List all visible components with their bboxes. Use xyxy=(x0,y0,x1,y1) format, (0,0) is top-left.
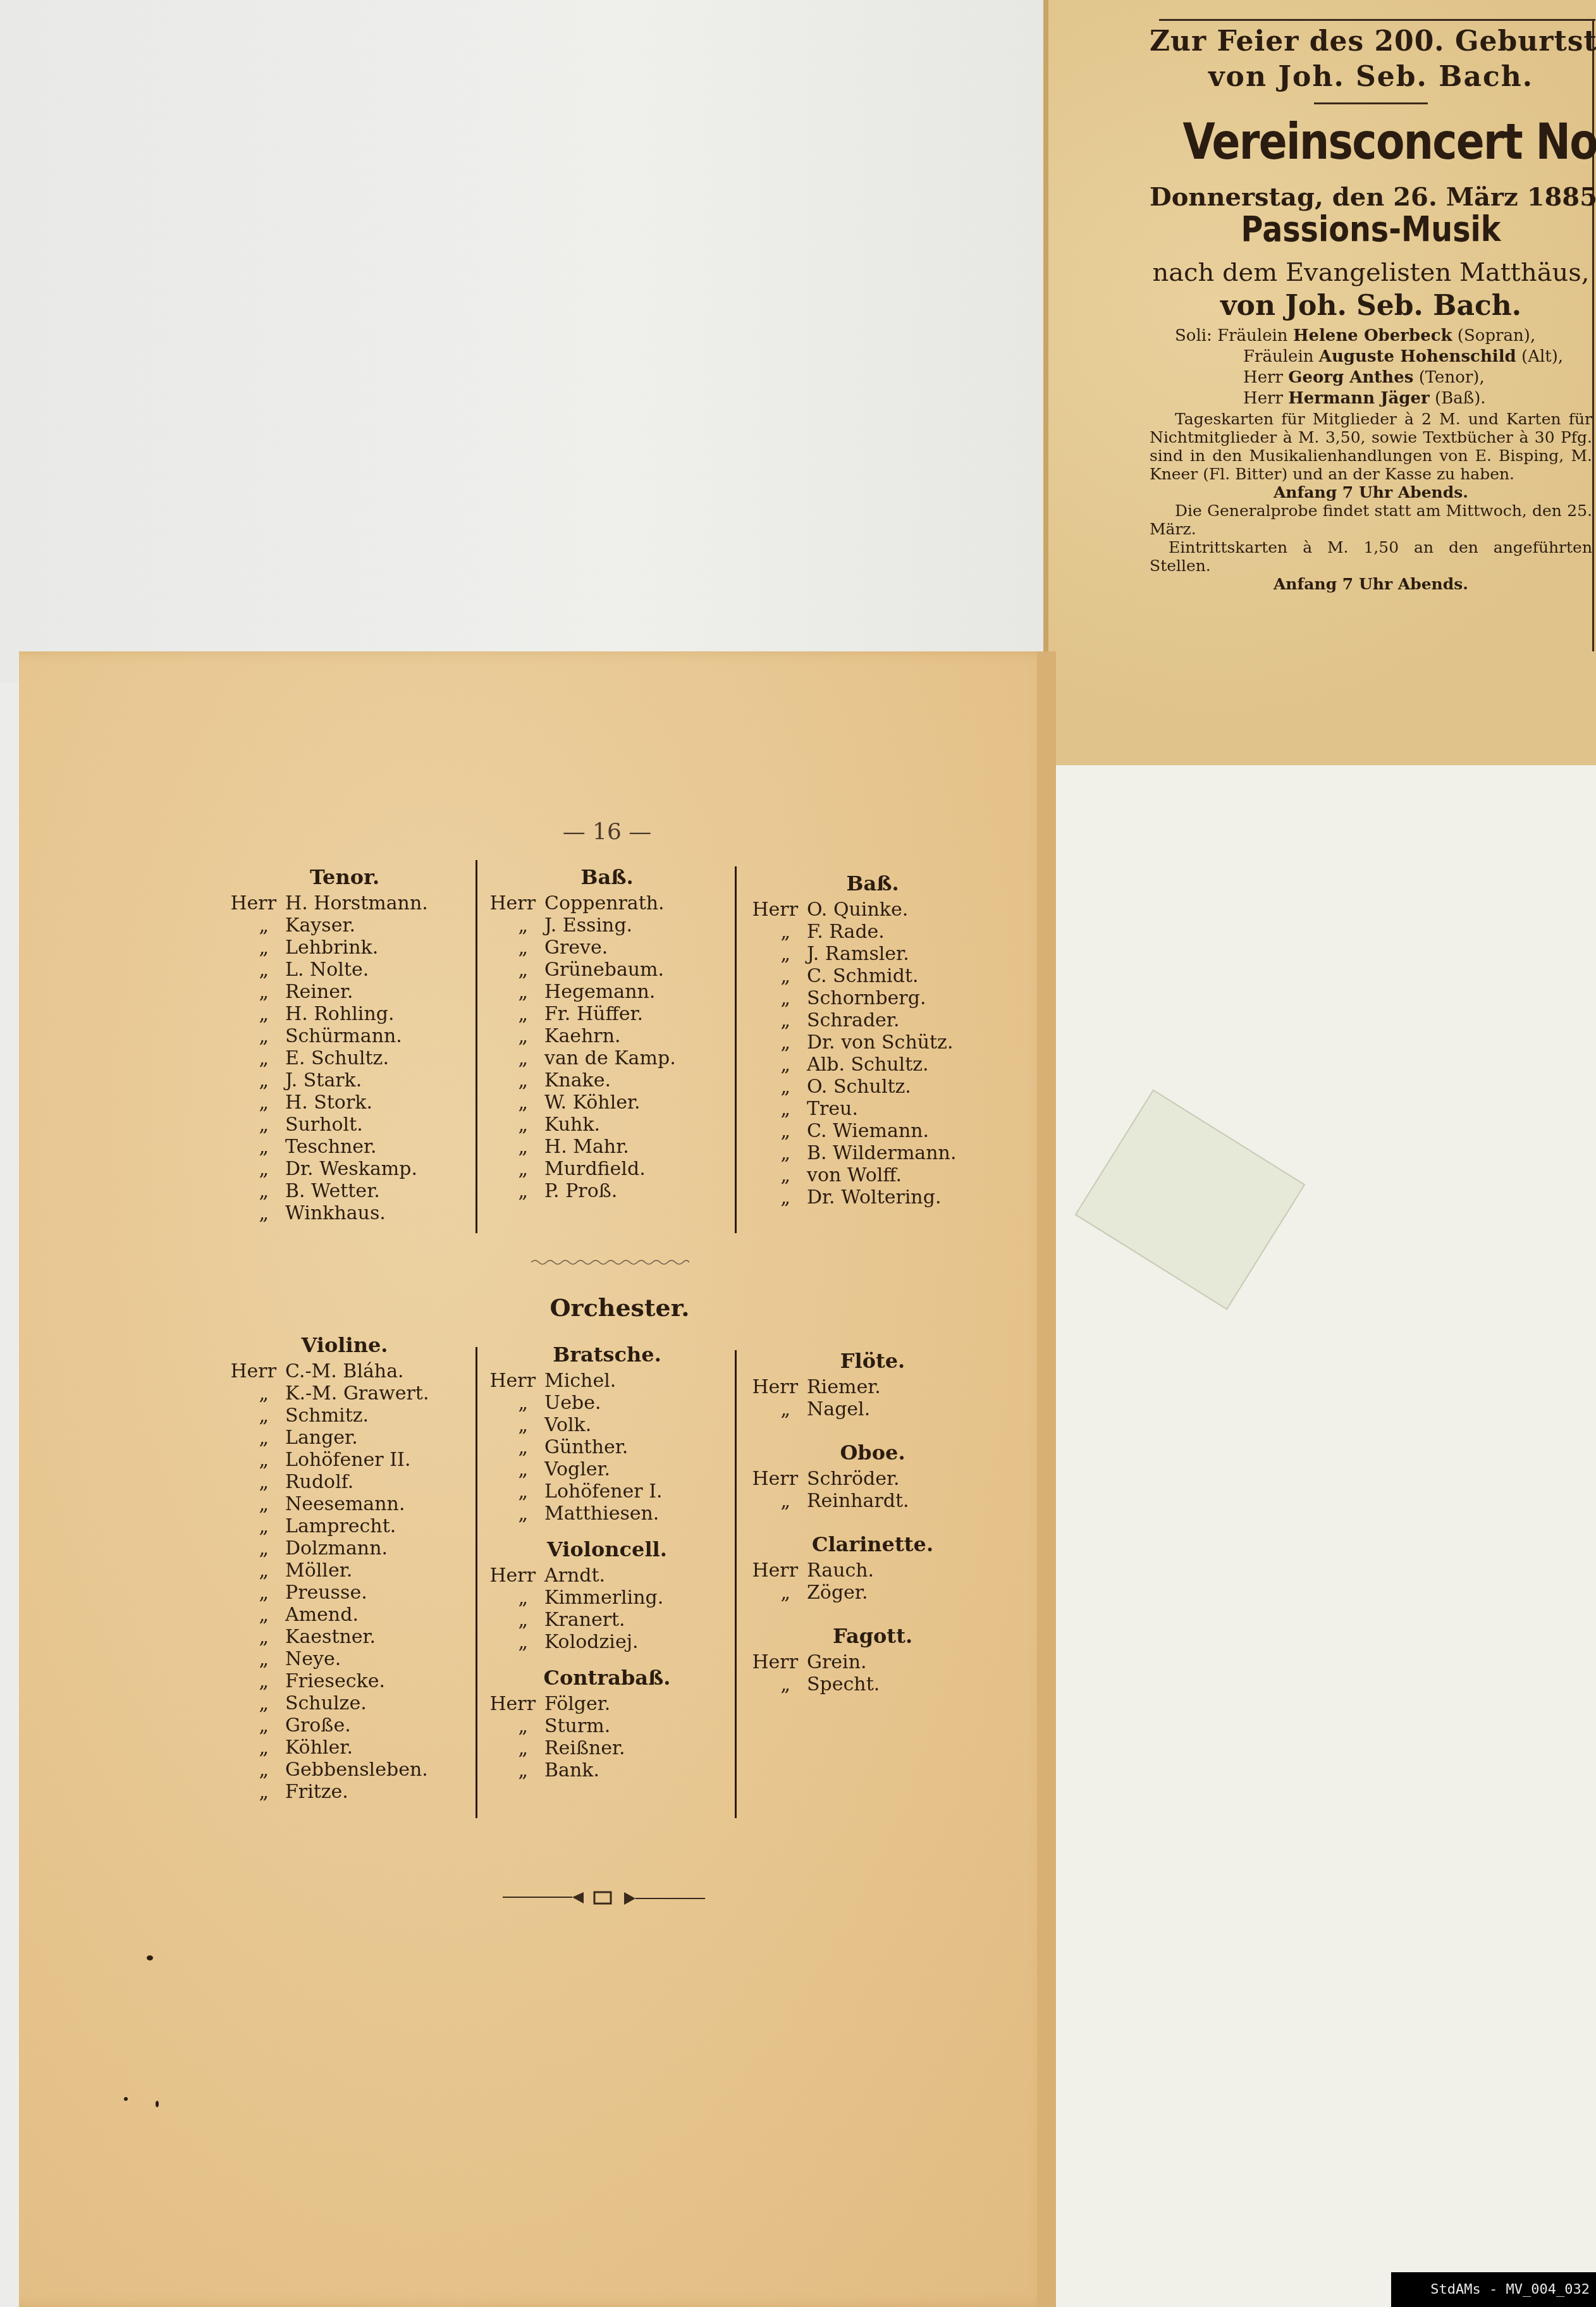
soloist-row: Fräulein Auguste Hohenschild (Alt), xyxy=(1175,347,1586,367)
soloist-voice: (Sopran), xyxy=(1458,326,1535,345)
member-entry: „J. Essing. xyxy=(484,914,730,937)
member-entry: „Neye. xyxy=(224,1648,465,1670)
member-name: Kaestner. xyxy=(285,1626,376,1648)
member-name: Michel. xyxy=(544,1370,616,1392)
member-entry: „Schornberg. xyxy=(746,987,999,1009)
ditto-mark: „ xyxy=(484,1136,536,1158)
member-name: Schulze. xyxy=(285,1692,367,1714)
ditto-mark: „ xyxy=(224,1759,276,1781)
ditto-mark: „ xyxy=(224,1515,276,1537)
member-name: Arndt. xyxy=(544,1565,605,1587)
orchestra-column-strings: Bratsche.HerrMichel.„Uebe.„Volk.„Günther… xyxy=(484,1344,730,1781)
member-name: Kayser. xyxy=(285,914,355,937)
member-name: B. Wildermann. xyxy=(807,1142,956,1164)
member-entry: „Treu. xyxy=(746,1098,999,1120)
divider-rule xyxy=(1314,102,1428,104)
ditto-mark: „ xyxy=(224,1493,276,1515)
member-entry: „Günther. xyxy=(484,1436,730,1458)
member-entry: HerrSchröder. xyxy=(746,1468,999,1490)
member-name: Reinhardt. xyxy=(807,1490,909,1512)
ditto-mark: „ xyxy=(746,965,798,987)
member-name: B. Wetter. xyxy=(285,1180,380,1202)
column-divider xyxy=(476,860,477,1233)
member-entry: „Schmitz. xyxy=(224,1405,465,1427)
ditto-mark: „ xyxy=(746,1398,798,1420)
member-entry: „C. Schmidt. xyxy=(746,965,999,987)
column-divider xyxy=(476,1347,477,1818)
section-heading: Fagott. xyxy=(746,1625,999,1647)
member-name: Treu. xyxy=(807,1098,858,1120)
member-entry: HerrMichel. xyxy=(484,1370,730,1392)
ditto-mark: „ xyxy=(224,1781,276,1803)
member-entry: „Sturm. xyxy=(484,1715,730,1737)
section-heading: Baß. xyxy=(484,866,730,889)
soloist-voice: (Tenor), xyxy=(1419,368,1485,387)
member-entry: „Lohöfener I. xyxy=(484,1480,730,1503)
ink-speck xyxy=(147,1955,153,1960)
herr-prefix: Herr xyxy=(746,1376,798,1398)
section-heading: Violoncell. xyxy=(484,1539,730,1561)
member-entry: „H. Rohling. xyxy=(224,1003,465,1025)
ditto-mark: „ xyxy=(224,1136,276,1158)
member-name: Reiner. xyxy=(285,981,353,1003)
member-entry: „Rudolf. xyxy=(224,1471,465,1493)
page-number: — 16 — xyxy=(525,819,689,845)
member-entry: „J. Stark. xyxy=(224,1069,465,1092)
ditto-mark: „ xyxy=(224,1560,276,1582)
section-heading: Oboe. xyxy=(746,1442,999,1464)
member-name: Langer. xyxy=(285,1427,358,1449)
ink-speck xyxy=(124,2097,128,2101)
member-entry: „Fr. Hüffer. xyxy=(484,1003,730,1025)
ink-speck xyxy=(156,2101,159,2107)
member-entry: HerrH. Horstmann. xyxy=(224,892,465,914)
work-subtitle: nach dem Evangelisten Matthäus, xyxy=(1150,258,1592,287)
member-entry: „H. Stork. xyxy=(224,1092,465,1114)
soloist-voice: (Alt), xyxy=(1521,347,1563,366)
ditto-mark: „ xyxy=(484,1609,536,1631)
choir-column-tenor: Tenor.HerrH. Horstmann.„Kayser.„Lehbrink… xyxy=(224,866,465,1224)
entry-ticket-text: Eintrittskarten à M. 1,50 an den angefüh… xyxy=(1150,538,1592,575)
ditto-mark: „ xyxy=(484,1414,536,1436)
member-entry: „Greve. xyxy=(484,937,730,959)
ditto-mark: „ xyxy=(224,914,276,937)
member-entry: HerrFölger. xyxy=(484,1693,730,1715)
member-entry: „Volk. xyxy=(484,1414,730,1436)
member-entry: HerrC.-M. Bláha. xyxy=(224,1360,465,1382)
column-divider xyxy=(735,866,737,1233)
soloist-name: Hermann Jäger xyxy=(1288,389,1430,408)
herr-prefix: Herr xyxy=(746,1560,798,1582)
ditto-mark: „ xyxy=(224,1626,276,1648)
member-name: Möller. xyxy=(285,1560,352,1582)
work-composer: von Joh. Seb. Bach. xyxy=(1150,290,1592,322)
member-name: Günther. xyxy=(544,1436,628,1458)
member-name: Vogler. xyxy=(544,1458,610,1480)
member-entry: „Kayser. xyxy=(224,914,465,937)
member-name: W. Köhler. xyxy=(544,1092,641,1114)
member-name: Große. xyxy=(285,1714,351,1737)
member-entry: „Friesecke. xyxy=(224,1670,465,1692)
member-name: E. Schultz. xyxy=(285,1047,389,1069)
ditto-mark: „ xyxy=(224,1114,276,1136)
member-entry: „O. Schultz. xyxy=(746,1076,999,1098)
ditto-mark: „ xyxy=(484,914,536,937)
ditto-mark: „ xyxy=(224,1069,276,1092)
member-entry: HerrGrein. xyxy=(746,1651,999,1673)
choir-column-bass-2: Baß.HerrO. Quinke.„F. Rade.„J. Ramsler.„… xyxy=(746,873,999,1209)
member-name: C. Schmidt. xyxy=(807,965,918,987)
ditto-mark: „ xyxy=(484,1114,536,1136)
ditto-mark: „ xyxy=(746,987,798,1009)
member-name: Bank. xyxy=(544,1759,599,1781)
member-entry: „Vogler. xyxy=(484,1458,730,1480)
member-entry: „Reiner. xyxy=(224,981,465,1003)
soloist-row: Soli: Fräulein Helene Oberbeck (Sopran), xyxy=(1175,326,1586,347)
member-name: Coppenrath. xyxy=(544,892,665,914)
ditto-mark: „ xyxy=(224,1405,276,1427)
member-name: Dr. Weskamp. xyxy=(285,1158,417,1180)
member-entry: „Knake. xyxy=(484,1069,730,1092)
member-entry: „Kranert. xyxy=(484,1609,730,1631)
member-name: Reißner. xyxy=(544,1737,625,1759)
archive-label: StdAMs - MV_004_032 xyxy=(1391,2272,1596,2307)
member-entry: „Kaehrn. xyxy=(484,1025,730,1047)
ditto-mark: „ xyxy=(224,1670,276,1692)
herr-prefix: Herr xyxy=(224,892,276,914)
member-name: Dr. von Schütz. xyxy=(807,1031,953,1054)
member-entry: „Lohöfener II. xyxy=(224,1449,465,1471)
member-entry: „Reißner. xyxy=(484,1737,730,1759)
member-name: Nagel. xyxy=(807,1398,870,1420)
member-name: J. Essing. xyxy=(544,914,632,937)
member-entry: „Dr. von Schütz. xyxy=(746,1031,999,1054)
ditto-mark: „ xyxy=(484,1180,536,1202)
ditto-mark: „ xyxy=(746,1098,798,1120)
ditto-mark: „ xyxy=(484,981,536,1003)
ditto-mark: „ xyxy=(746,921,798,943)
soloist-row: Herr Georg Anthes (Tenor), xyxy=(1175,367,1586,388)
member-entry: „L. Nolte. xyxy=(224,959,465,981)
member-name: Greve. xyxy=(544,937,608,959)
member-entry: „B. Wetter. xyxy=(224,1180,465,1202)
newspaper-clipping: Zur Feier des 200. Geburtstages von Joh.… xyxy=(1043,0,1596,765)
member-entry: „Alb. Schultz. xyxy=(746,1054,999,1076)
member-name: Riemer. xyxy=(807,1376,881,1398)
member-entry: HerrRauch. xyxy=(746,1560,999,1582)
start-time: Anfang 7 Uhr Abends. xyxy=(1150,483,1592,501)
member-name: Rauch. xyxy=(807,1560,874,1582)
member-name: Volk. xyxy=(544,1414,591,1436)
member-entry: „Grünebaum. xyxy=(484,959,730,981)
member-name: Schrader. xyxy=(807,1009,899,1031)
ditto-mark: „ xyxy=(224,1025,276,1047)
ditto-mark: „ xyxy=(484,1587,536,1609)
member-name: van de Kamp. xyxy=(544,1047,676,1069)
member-name: Dolzmann. xyxy=(285,1537,388,1560)
ditto-mark: „ xyxy=(224,981,276,1003)
member-name: Schornberg. xyxy=(807,987,926,1009)
member-entry: „Winkhaus. xyxy=(224,1202,465,1224)
member-entry: HerrO. Quinke. xyxy=(746,899,999,921)
soloist-name: Auguste Hohenschild xyxy=(1319,347,1516,366)
member-name: Kuhk. xyxy=(544,1114,600,1136)
member-name: J. Ramsler. xyxy=(807,943,909,965)
member-entry: „C. Wiemann. xyxy=(746,1120,999,1142)
member-entry: HerrCoppenrath. xyxy=(484,892,730,914)
member-name: Preusse. xyxy=(285,1582,367,1604)
member-name: Fr. Hüffer. xyxy=(544,1003,643,1025)
member-entry: „Murdfield. xyxy=(484,1158,730,1180)
member-entry: „F. Rade. xyxy=(746,921,999,943)
herr-prefix: Herr xyxy=(484,1565,536,1587)
member-entry: „Nagel. xyxy=(746,1398,999,1420)
member-entry: „Langer. xyxy=(224,1427,465,1449)
member-entry: „van de Kamp. xyxy=(484,1047,730,1069)
ditto-mark: „ xyxy=(746,1186,798,1209)
member-name: H. Rohling. xyxy=(285,1003,394,1025)
section-heading: Contrabaß. xyxy=(484,1667,730,1689)
ditto-mark: „ xyxy=(484,937,536,959)
ditto-mark: „ xyxy=(746,1009,798,1031)
member-entry: „Uebe. xyxy=(484,1392,730,1414)
soloist-name: Helene Oberbeck xyxy=(1293,326,1452,345)
member-entry: „Große. xyxy=(224,1714,465,1737)
member-entry: „Kuhk. xyxy=(484,1114,730,1136)
member-entry: „Dolzmann. xyxy=(224,1537,465,1560)
ditto-mark: „ xyxy=(746,1582,798,1604)
section-heading: Bratsche. xyxy=(484,1344,730,1366)
soloist-title: Herr xyxy=(1243,389,1283,408)
ditto-mark: „ xyxy=(484,1458,536,1480)
ditto-mark: „ xyxy=(224,1382,276,1405)
member-name: Kolodziej. xyxy=(544,1631,639,1653)
booklet-edge xyxy=(1037,651,1056,2307)
backing-sheet xyxy=(0,0,1043,683)
herr-prefix: Herr xyxy=(484,1370,536,1392)
member-name: Matthiesen. xyxy=(544,1503,659,1525)
start-time-repeat: Anfang 7 Uhr Abends. xyxy=(1150,575,1592,593)
ditto-mark: „ xyxy=(484,1025,536,1047)
member-name: H. Horstmann. xyxy=(285,892,428,914)
soloist-row: Herr Hermann Jäger (Baß). xyxy=(1175,388,1586,409)
ditto-mark: „ xyxy=(746,1076,798,1098)
ticket-text: Tageskarten für Mitglieder à 2 M. und Ka… xyxy=(1150,410,1592,483)
member-name: H. Mahr. xyxy=(544,1136,629,1158)
concert-date: Donnerstag, den 26. März 1885, xyxy=(1150,182,1592,212)
member-name: Neye. xyxy=(285,1648,341,1670)
ditto-mark: „ xyxy=(484,1737,536,1759)
member-entry: „Kolodziej. xyxy=(484,1631,730,1653)
ditto-mark: „ xyxy=(746,1142,798,1164)
column-divider xyxy=(735,1350,737,1818)
member-name: K.-M. Grawert. xyxy=(285,1382,429,1405)
ditto-mark: „ xyxy=(484,959,536,981)
member-name: C.-M. Bláha. xyxy=(285,1360,404,1382)
member-entry: „Specht. xyxy=(746,1673,999,1695)
ditto-mark: „ xyxy=(224,1180,276,1202)
ditto-mark: „ xyxy=(224,937,276,959)
member-name: Teschner. xyxy=(285,1136,377,1158)
member-name: Specht. xyxy=(807,1673,880,1695)
ditto-mark: „ xyxy=(224,1582,276,1604)
member-entry: „Neesemann. xyxy=(224,1493,465,1515)
member-name: Lehbrink. xyxy=(285,937,378,959)
member-entry: „Hegemann. xyxy=(484,981,730,1003)
ditto-mark: „ xyxy=(224,1449,276,1471)
member-entry: HerrArndt. xyxy=(484,1565,730,1587)
member-name: F. Rade. xyxy=(807,921,885,943)
rehearsal-text: Die Generalprobe findet statt am Mittwoc… xyxy=(1150,501,1592,538)
soloist-name: Georg Anthes xyxy=(1288,368,1413,387)
herr-prefix: Herr xyxy=(746,1468,798,1490)
member-entry: „Möller. xyxy=(224,1560,465,1582)
member-name: Uebe. xyxy=(544,1392,601,1414)
member-entry: „K.-M. Grawert. xyxy=(224,1382,465,1405)
ditto-mark: „ xyxy=(224,1714,276,1737)
member-entry: „Lamprecht. xyxy=(224,1515,465,1537)
ditto-mark: „ xyxy=(484,1069,536,1092)
member-name: Alb. Schultz. xyxy=(807,1054,929,1076)
member-entry: „E. Schultz. xyxy=(224,1047,465,1069)
soloist-title: Herr xyxy=(1243,368,1283,387)
herr-prefix: Herr xyxy=(746,899,798,921)
member-entry: „Teschner. xyxy=(224,1136,465,1158)
member-name: Zöger. xyxy=(807,1582,868,1604)
member-entry: „Schulze. xyxy=(224,1692,465,1714)
ditto-mark: „ xyxy=(746,1490,798,1512)
ditto-mark: „ xyxy=(224,1047,276,1069)
ditto-mark: „ xyxy=(224,1092,276,1114)
ditto-mark: „ xyxy=(224,959,276,981)
member-entry: „Surholt. xyxy=(224,1114,465,1136)
member-name: Rudolf. xyxy=(285,1471,353,1493)
ditto-mark: „ xyxy=(224,1737,276,1759)
ditto-mark: „ xyxy=(224,1471,276,1493)
member-entry: „Gebbensleben. xyxy=(224,1759,465,1781)
ditto-mark: „ xyxy=(224,1427,276,1449)
member-name: C. Wiemann. xyxy=(807,1120,929,1142)
section-heading: Baß. xyxy=(746,873,999,895)
member-entry: „von Wolff. xyxy=(746,1164,999,1186)
member-name: Fölger. xyxy=(544,1693,610,1715)
ditto-mark: „ xyxy=(484,1715,536,1737)
ditto-mark: „ xyxy=(484,1759,536,1781)
member-name: Surholt. xyxy=(285,1114,363,1136)
orchestra-heading: Orchester. xyxy=(493,1293,746,1322)
section-heading: Clarinette. xyxy=(746,1534,999,1556)
member-name: Winkhaus. xyxy=(285,1202,386,1224)
member-entry: „Dr. Woltering. xyxy=(746,1186,999,1209)
soloist-title: Fräulein xyxy=(1217,326,1287,345)
member-name: Schmitz. xyxy=(285,1405,369,1427)
concert-title: Vereinsconcert No. VIII. xyxy=(1183,114,1559,171)
member-name: O. Quinke. xyxy=(807,899,908,921)
ticket-info: Tageskarten für Mitglieder à 2 M. und Ka… xyxy=(1150,410,1592,593)
soloists: Soli: Fräulein Helene Oberbeck (Sopran),… xyxy=(1175,326,1586,409)
member-name: Kimmerling. xyxy=(544,1587,663,1609)
ditto-mark: „ xyxy=(224,1604,276,1626)
ditto-mark: „ xyxy=(484,1047,536,1069)
ditto-mark: „ xyxy=(484,1003,536,1025)
herr-prefix: Herr xyxy=(484,892,536,914)
ditto-mark: „ xyxy=(484,1392,536,1414)
member-name: Schröder. xyxy=(807,1468,900,1490)
ditto-mark: „ xyxy=(224,1202,276,1224)
ditto-mark: „ xyxy=(224,1537,276,1560)
member-name: Dr. Woltering. xyxy=(807,1186,941,1209)
member-entry: „H. Mahr. xyxy=(484,1136,730,1158)
member-name: O. Schultz. xyxy=(807,1076,911,1098)
member-name: Sturm. xyxy=(544,1715,610,1737)
member-entry: „Schürmann. xyxy=(224,1025,465,1047)
member-entry: „Köhler. xyxy=(224,1737,465,1759)
ditto-mark: „ xyxy=(224,1158,276,1180)
member-entry: „Fritze. xyxy=(224,1781,465,1803)
choir-column-bass-1: Baß.HerrCoppenrath.„J. Essing.„Greve.„Gr… xyxy=(484,866,730,1202)
clipping-content: Zur Feier des 200. Geburtstages von Joh.… xyxy=(1150,19,1594,651)
member-entry: „Schrader. xyxy=(746,1009,999,1031)
member-entry: „Preusse. xyxy=(224,1582,465,1604)
member-name: Kranert. xyxy=(544,1609,625,1631)
member-name: Lohöfener I. xyxy=(544,1480,663,1503)
member-entry: „Amend. xyxy=(224,1604,465,1626)
ditto-mark: „ xyxy=(484,1158,536,1180)
member-entry: „B. Wildermann. xyxy=(746,1142,999,1164)
member-name: Knake. xyxy=(544,1069,611,1092)
ditto-mark: „ xyxy=(484,1631,536,1653)
soloist-title: Fräulein xyxy=(1243,347,1313,366)
ditto-mark: „ xyxy=(224,1692,276,1714)
ditto-mark: „ xyxy=(224,1648,276,1670)
member-name: Lohöfener II. xyxy=(285,1449,410,1471)
section-heading: Violine. xyxy=(224,1334,465,1357)
ditto-mark: „ xyxy=(484,1480,536,1503)
wavy-divider xyxy=(531,1258,689,1266)
ditto-mark: „ xyxy=(746,1054,798,1076)
member-name: Fritze. xyxy=(285,1781,348,1803)
member-name: Lamprecht. xyxy=(285,1515,396,1537)
section-heading: Tenor. xyxy=(224,866,465,889)
orchestra-column-violine: Violine.HerrC.-M. Bláha.„K.-M. Grawert.„… xyxy=(224,1334,465,1803)
member-entry: „P. Proß. xyxy=(484,1180,730,1202)
member-entry: „Reinhardt. xyxy=(746,1490,999,1512)
member-entry: „Kimmerling. xyxy=(484,1587,730,1609)
work-title: Passions-Musik xyxy=(1183,209,1559,250)
ditto-mark: „ xyxy=(746,1031,798,1054)
member-name: Schürmann. xyxy=(285,1025,402,1047)
member-name: Amend. xyxy=(285,1604,359,1626)
member-entry: „Zöger. xyxy=(746,1582,999,1604)
herr-prefix: Herr xyxy=(484,1693,536,1715)
occasion-line: Zur Feier des 200. Geburtstages xyxy=(1150,25,1592,58)
member-name: Kaehrn. xyxy=(544,1025,621,1047)
member-entry: „J. Ramsler. xyxy=(746,943,999,965)
member-name: Friesecke. xyxy=(285,1670,385,1692)
member-name: Murdfield. xyxy=(544,1158,646,1180)
ditto-mark: „ xyxy=(484,1503,536,1525)
member-entry: HerrRiemer. xyxy=(746,1376,999,1398)
soloist-voice: (Baß). xyxy=(1435,389,1486,408)
ditto-mark: „ xyxy=(746,1164,798,1186)
herr-prefix: Herr xyxy=(224,1360,276,1382)
ditto-mark: „ xyxy=(484,1092,536,1114)
member-entry: „Dr. Weskamp. xyxy=(224,1158,465,1180)
ditto-mark: „ xyxy=(746,1120,798,1142)
ditto-mark: „ xyxy=(224,1003,276,1025)
member-entry: „Lehbrink. xyxy=(224,937,465,959)
ditto-mark: „ xyxy=(746,943,798,965)
